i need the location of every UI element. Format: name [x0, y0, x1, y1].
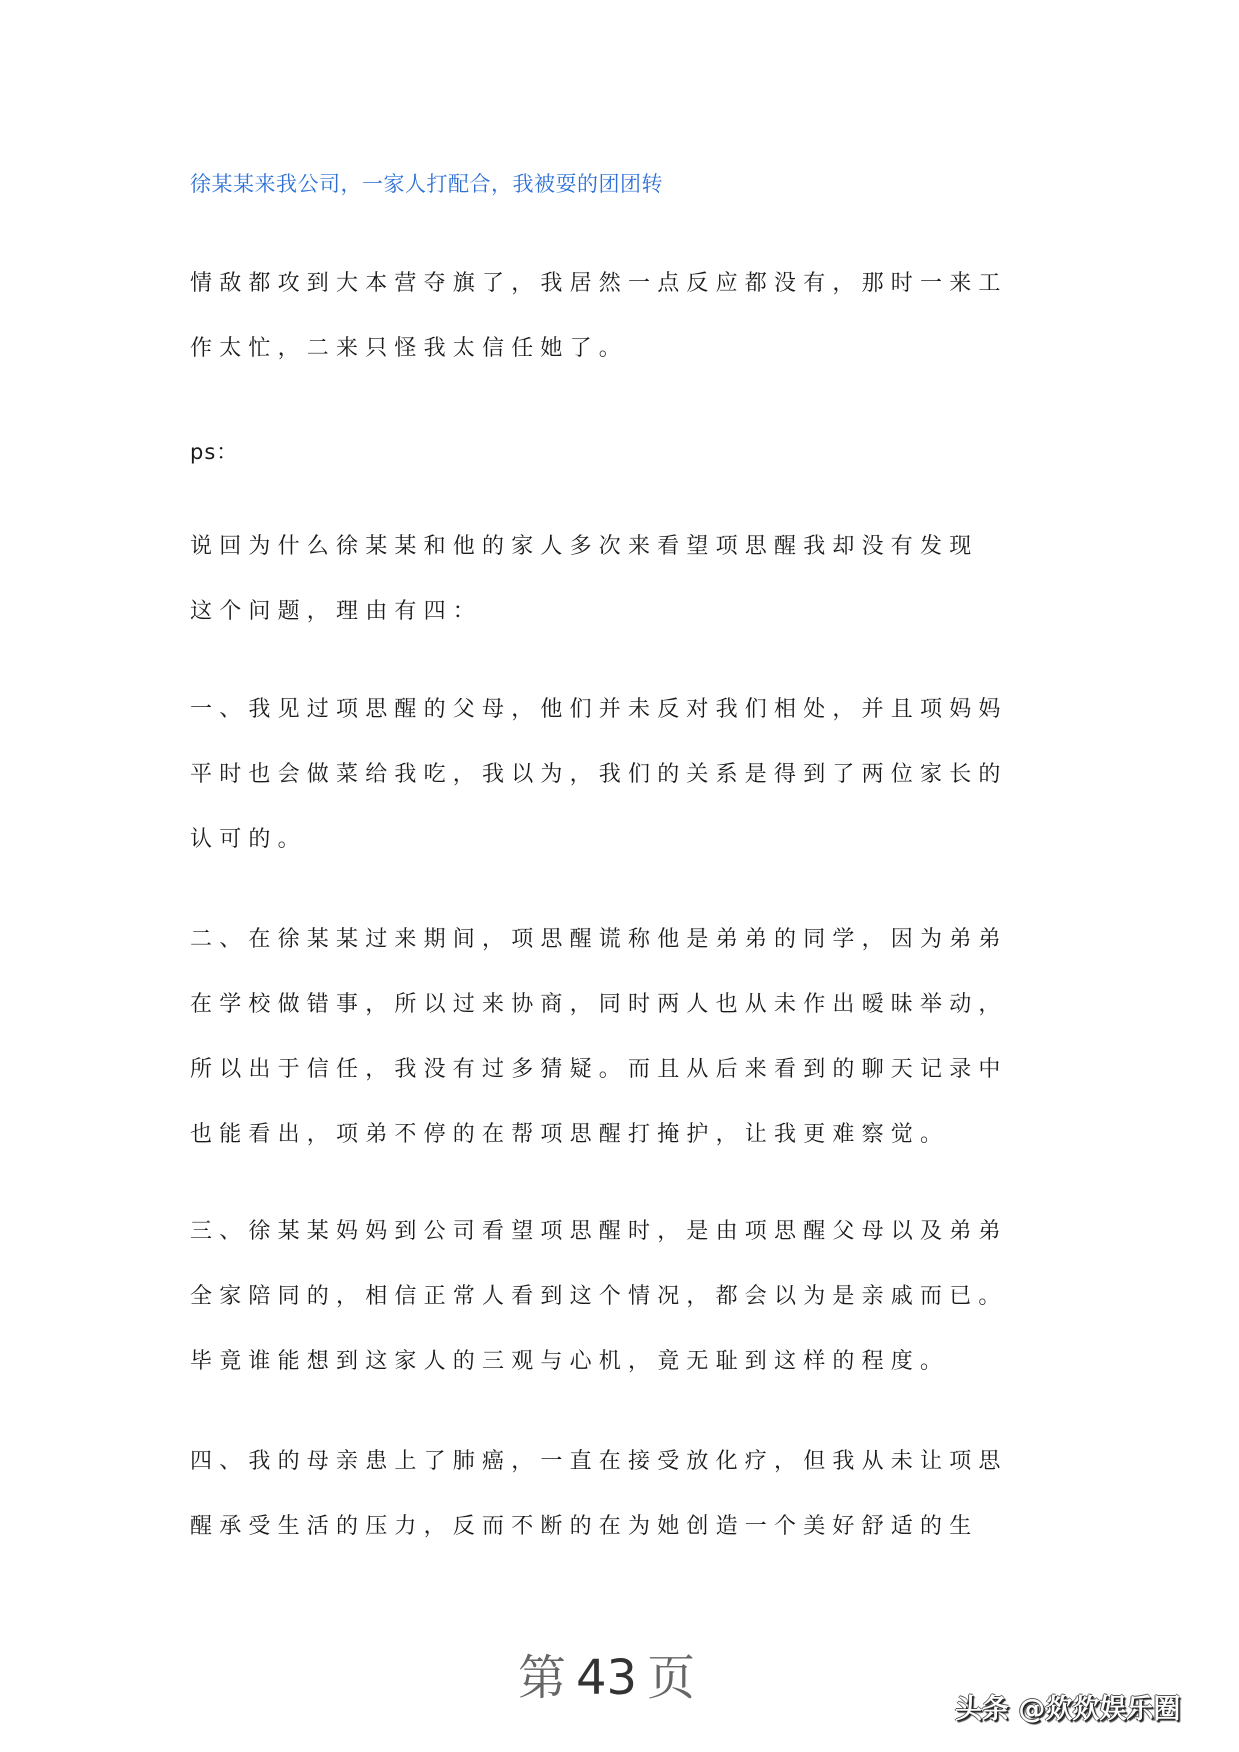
- text-line: 四、我的母亲患上了肺癌，一直在接受放化疗，但我从未让项思: [190, 1446, 1050, 1511]
- text-line: 认可的。: [190, 824, 1050, 889]
- paragraph-reason-4: 四、我的母亲患上了肺癌，一直在接受放化疗，但我从未让项思 醒承受生活的压力，反而…: [190, 1446, 1050, 1576]
- page-number: 43: [576, 1650, 637, 1706]
- text-line: 作太忙，二来只怪我太信任她了。: [190, 333, 1050, 398]
- text-line: 说回为什么徐某某和他的家人多次来看望项思醒我却没有发现: [190, 531, 1050, 596]
- paragraph-reason-3: 三、徐某某妈妈到公司看望项思醒时，是由项思醒父母以及弟弟 全家陪同的，相信正常人…: [190, 1216, 1050, 1411]
- text-line: 情敌都攻到大本营夺旗了，我居然一点反应都没有，那时一来工: [190, 268, 1050, 333]
- text-line: 毕竟谁能想到这家人的三观与心机，竟无耻到这样的程度。: [190, 1346, 1050, 1411]
- text-line: 也能看出，项弟不停的在帮项思醒打掩护，让我更难察觉。: [190, 1119, 1050, 1184]
- text-line: 在学校做错事，所以过来协商，同时两人也从未作出暧昧举动，: [190, 989, 1050, 1054]
- paragraph-intro: 情敌都攻到大本营夺旗了，我居然一点反应都没有，那时一来工 作太忙，二来只怪我太信…: [190, 268, 1050, 398]
- paragraph-reason-2: 二、在徐某某过来期间，项思醒谎称他是弟弟的同学，因为弟弟 在学校做错事，所以过来…: [190, 924, 1050, 1184]
- document-page: 徐某某来我公司，一家人打配合，我被耍的团团转 情敌都攻到大本营夺旗了，我居然一点…: [0, 0, 1239, 1752]
- watermark: 头条 @欻欻娱乐圈: [955, 1690, 1180, 1730]
- text-line: 全家陪同的，相信正常人看到这个情况，都会以为是亲戚而已。: [190, 1281, 1050, 1346]
- text-line: 平时也会做菜给我吃，我以为，我们的关系是得到了两位家长的: [190, 759, 1050, 824]
- paragraph-ps: ps：: [190, 436, 1050, 501]
- text-line: 三、徐某某妈妈到公司看望项思醒时，是由项思醒父母以及弟弟: [190, 1216, 1050, 1281]
- article-title-link[interactable]: 徐某某来我公司，一家人打配合，我被耍的团团转: [190, 168, 663, 200]
- ps-label: ps：: [190, 436, 1050, 501]
- page-number-label: 第43页: [518, 1644, 695, 1712]
- text-line: 一、我见过项思醒的父母，他们并未反对我们相处，并且项妈妈: [190, 694, 1050, 759]
- paragraph-reason-1: 一、我见过项思醒的父母，他们并未反对我们相处，并且项妈妈 平时也会做菜给我吃，我…: [190, 694, 1050, 889]
- text-line: 二、在徐某某过来期间，项思醒谎称他是弟弟的同学，因为弟弟: [190, 924, 1050, 989]
- page-suffix: 页: [647, 1650, 695, 1706]
- text-line: 这个问题，理由有四：: [190, 596, 1050, 661]
- text-line: 醒承受生活的压力，反而不断的在为她创造一个美好舒适的生: [190, 1511, 1050, 1576]
- page-prefix: 第: [518, 1650, 566, 1706]
- text-line: 所以出于信任，我没有过多猜疑。而且从后来看到的聊天记录中: [190, 1054, 1050, 1119]
- paragraph-reasons-intro: 说回为什么徐某某和他的家人多次来看望项思醒我却没有发现 这个问题，理由有四：: [190, 531, 1050, 661]
